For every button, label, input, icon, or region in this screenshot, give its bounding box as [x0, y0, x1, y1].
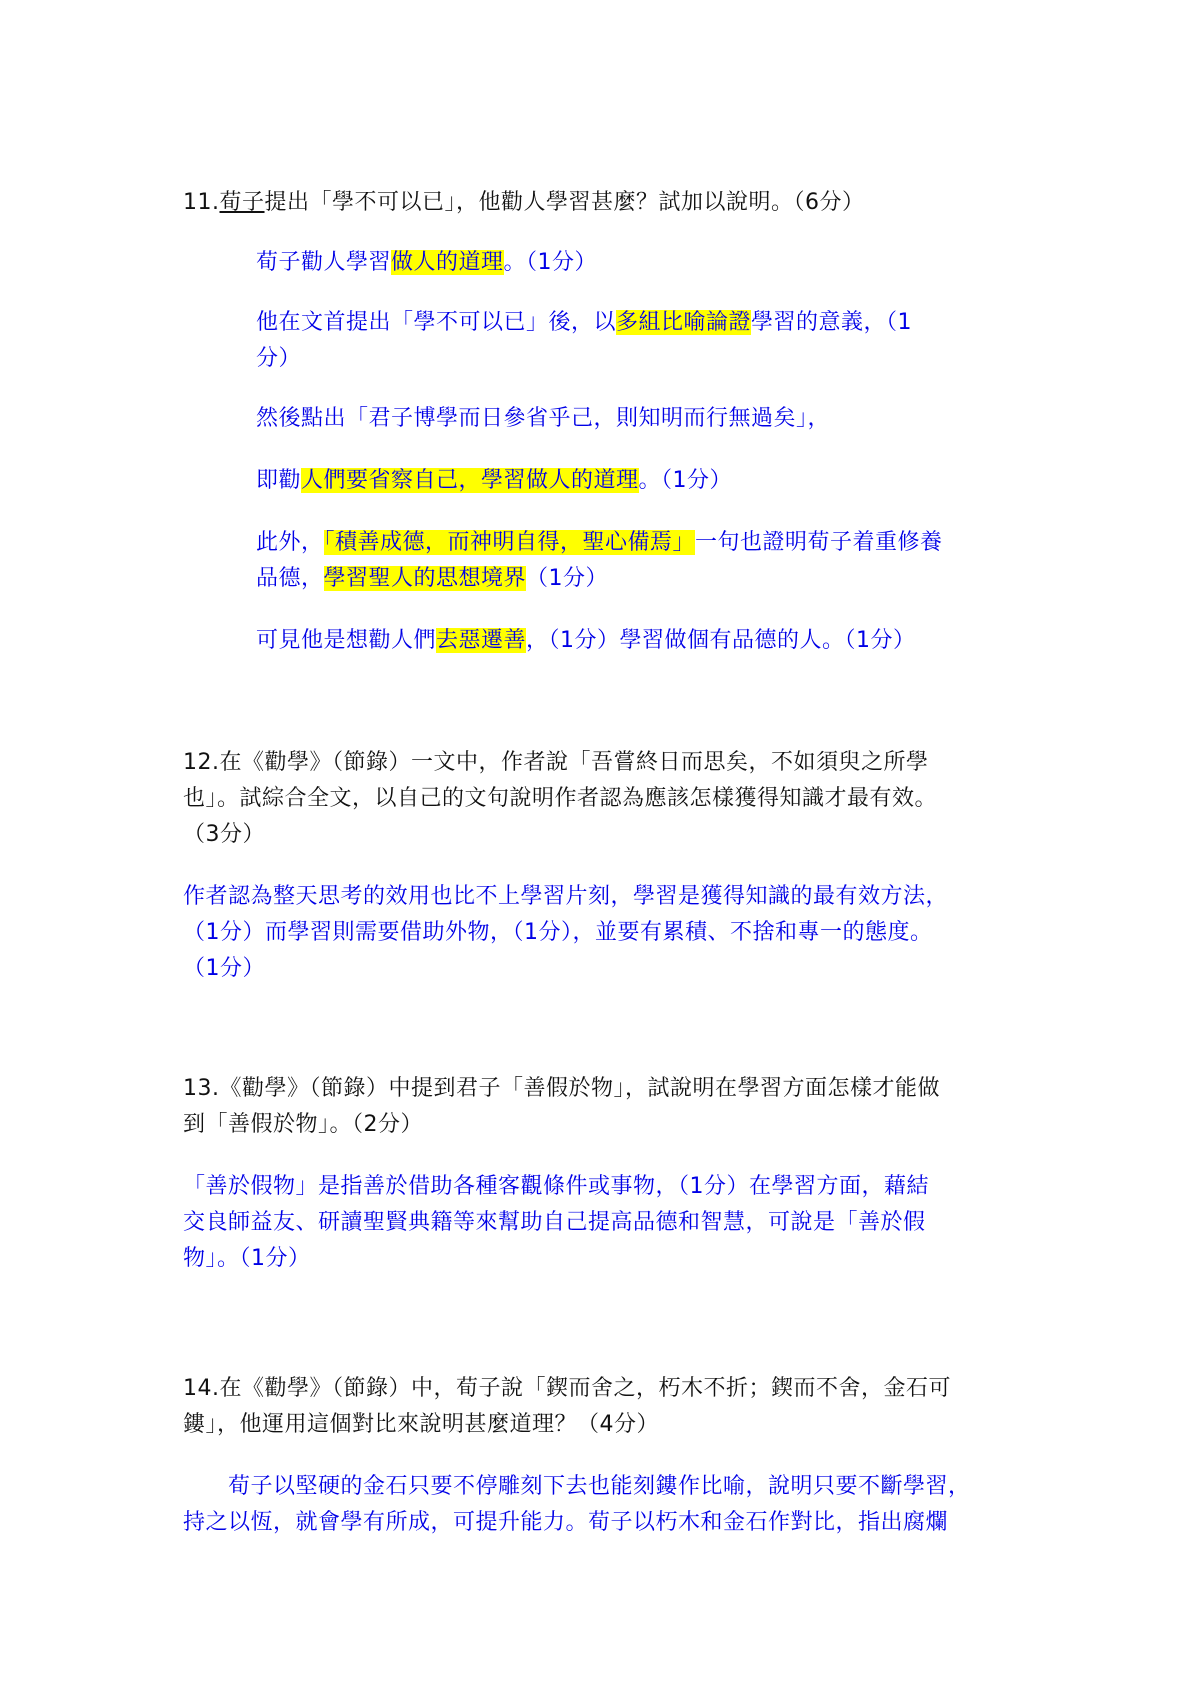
text-segment: 。（1分）	[504, 250, 598, 275]
highlighted-quote: 「積善成德，而神明自得，聖心備焉」	[324, 530, 696, 555]
highlighted-text: 學習聖人的思想境界	[324, 566, 527, 591]
answer-11-line-2: 他在文首提出「學不可以已」後，以多組比喻論證學習的意義，（1	[256, 308, 912, 338]
answer-14-line-1: 荀子以堅硬的金石只要不停雕刻下去也能刻鏤作比喻，說明只要不斷學習，	[183, 1472, 971, 1502]
text-segment: 分）	[256, 346, 301, 371]
answer-14-line-2: 持之以恆，就會學有所成，可提升能力。荀子以朽木和金石作對比，指出腐爛	[183, 1508, 948, 1538]
answer-11-line-1: 荀子勸人學習做人的道理。（1分）	[256, 248, 597, 278]
text-segment: 即勸	[256, 468, 301, 493]
question-14-prompt-line-2: 鏤」，他運用這個對比來說明甚麼道理？（4分）	[183, 1410, 659, 1440]
text-segment: 一句也證明荀子着重修養	[695, 530, 943, 555]
highlighted-text: 多組比喻論證	[616, 310, 751, 335]
answer-11-line-5: 即勸人們要省察自己，學習做人的道理。（1分）	[256, 466, 732, 496]
answer-13-line-2: 交良師益友、研讀聖賢典籍等來幫助自己提高品德和智慧，可說是「善於假	[183, 1208, 926, 1238]
answer-13-line-3: 物」。（1分）	[183, 1244, 311, 1274]
highlighted-text: 人們要省察自己，學習做人的道理	[301, 468, 639, 493]
text-segment: 學習的意義，（1	[751, 310, 912, 335]
text-segment: （1分）	[526, 566, 608, 591]
question-13-prompt-line-1: 13.《勸學》（節錄）中提到君子「善假於物」，試說明在學習方面怎樣才能做	[183, 1074, 940, 1104]
text-segment: 品德，	[256, 566, 324, 591]
text-segment: 11.	[183, 190, 220, 215]
question-14-prompt-line-1: 14.在《勸學》（節錄）中，荀子說「鍥而舍之，朽木不折；鍥而不舍，金石可	[183, 1374, 951, 1404]
question-11-prompt: 11.荀子提出「學不可以已」，他勸人學習甚麼？試加以說明。（6分）	[183, 188, 865, 218]
answer-11-line-8: 可見他是想勸人們去惡遷善，（1分）學習做個有品德的人。（1分）	[256, 626, 916, 656]
answer-12-line-2: （1分）而學習則需要借助外物，（1分），並要有累積、不捨和專一的態度。	[183, 918, 933, 948]
answer-11-line-6: 此外，「積善成德，而神明自得，聖心備焉」一句也證明荀子着重修養	[256, 528, 943, 558]
answer-12-line-3: （1分）	[183, 954, 265, 984]
highlighted-text: 做人的道理	[391, 250, 504, 275]
document-page: 11.荀子提出「學不可以已」，他勸人學習甚麼？試加以說明。（6分） 荀子勸人學習…	[0, 0, 1200, 1696]
question-12-prompt-line-2: 也」。試綜合全文，以自己的文句說明作者認為應該怎樣獲得知識才最有效。	[183, 784, 937, 814]
answer-11-line-4: 然後點出「君子博學而日參省乎己，則知明而行無過矣」，	[256, 404, 830, 434]
answer-11-line-7: 品德，學習聖人的思想境界（1分）	[256, 564, 608, 594]
text-segment: 可見他是想勸人們	[256, 628, 436, 653]
highlighted-text: 去惡遷善	[436, 628, 526, 653]
text-segment: ，（1分）學習做個有品德的人。（1分）	[526, 628, 916, 653]
text-segment: 然後點出「君子博學而日參省乎己，則知明而行無過矣」，	[256, 406, 830, 431]
question-12-prompt-line-3: （3分）	[183, 820, 265, 850]
text-segment: 他在文首提出「學不可以已」後，以	[256, 310, 616, 335]
text-segment: 。（1分）	[639, 468, 733, 493]
underlined-name: 荀子	[220, 190, 265, 215]
text-segment: 提出「學不可以已」，他勸人學習甚麼？試加以說明。（6分）	[265, 190, 865, 215]
question-12-prompt-line-1: 12.在《勸學》（節錄）一文中，作者說「吾嘗終日而思矣，不如須臾之所學	[183, 748, 929, 778]
answer-11-line-3: 分）	[256, 344, 301, 374]
text-segment: 此外，	[256, 530, 324, 555]
answer-13-line-1: 「善於假物」是指善於借助各種客觀條件或事物，（1分）在學習方面，藉結	[183, 1172, 929, 1202]
text-segment: 荀子勸人學習	[256, 250, 391, 275]
question-13-prompt-line-2: 到「善假於物」。（2分）	[183, 1110, 423, 1140]
answer-12-line-1: 作者認為整天思考的效用也比不上學習片刻，學習是獲得知識的最有效方法，	[183, 882, 948, 912]
